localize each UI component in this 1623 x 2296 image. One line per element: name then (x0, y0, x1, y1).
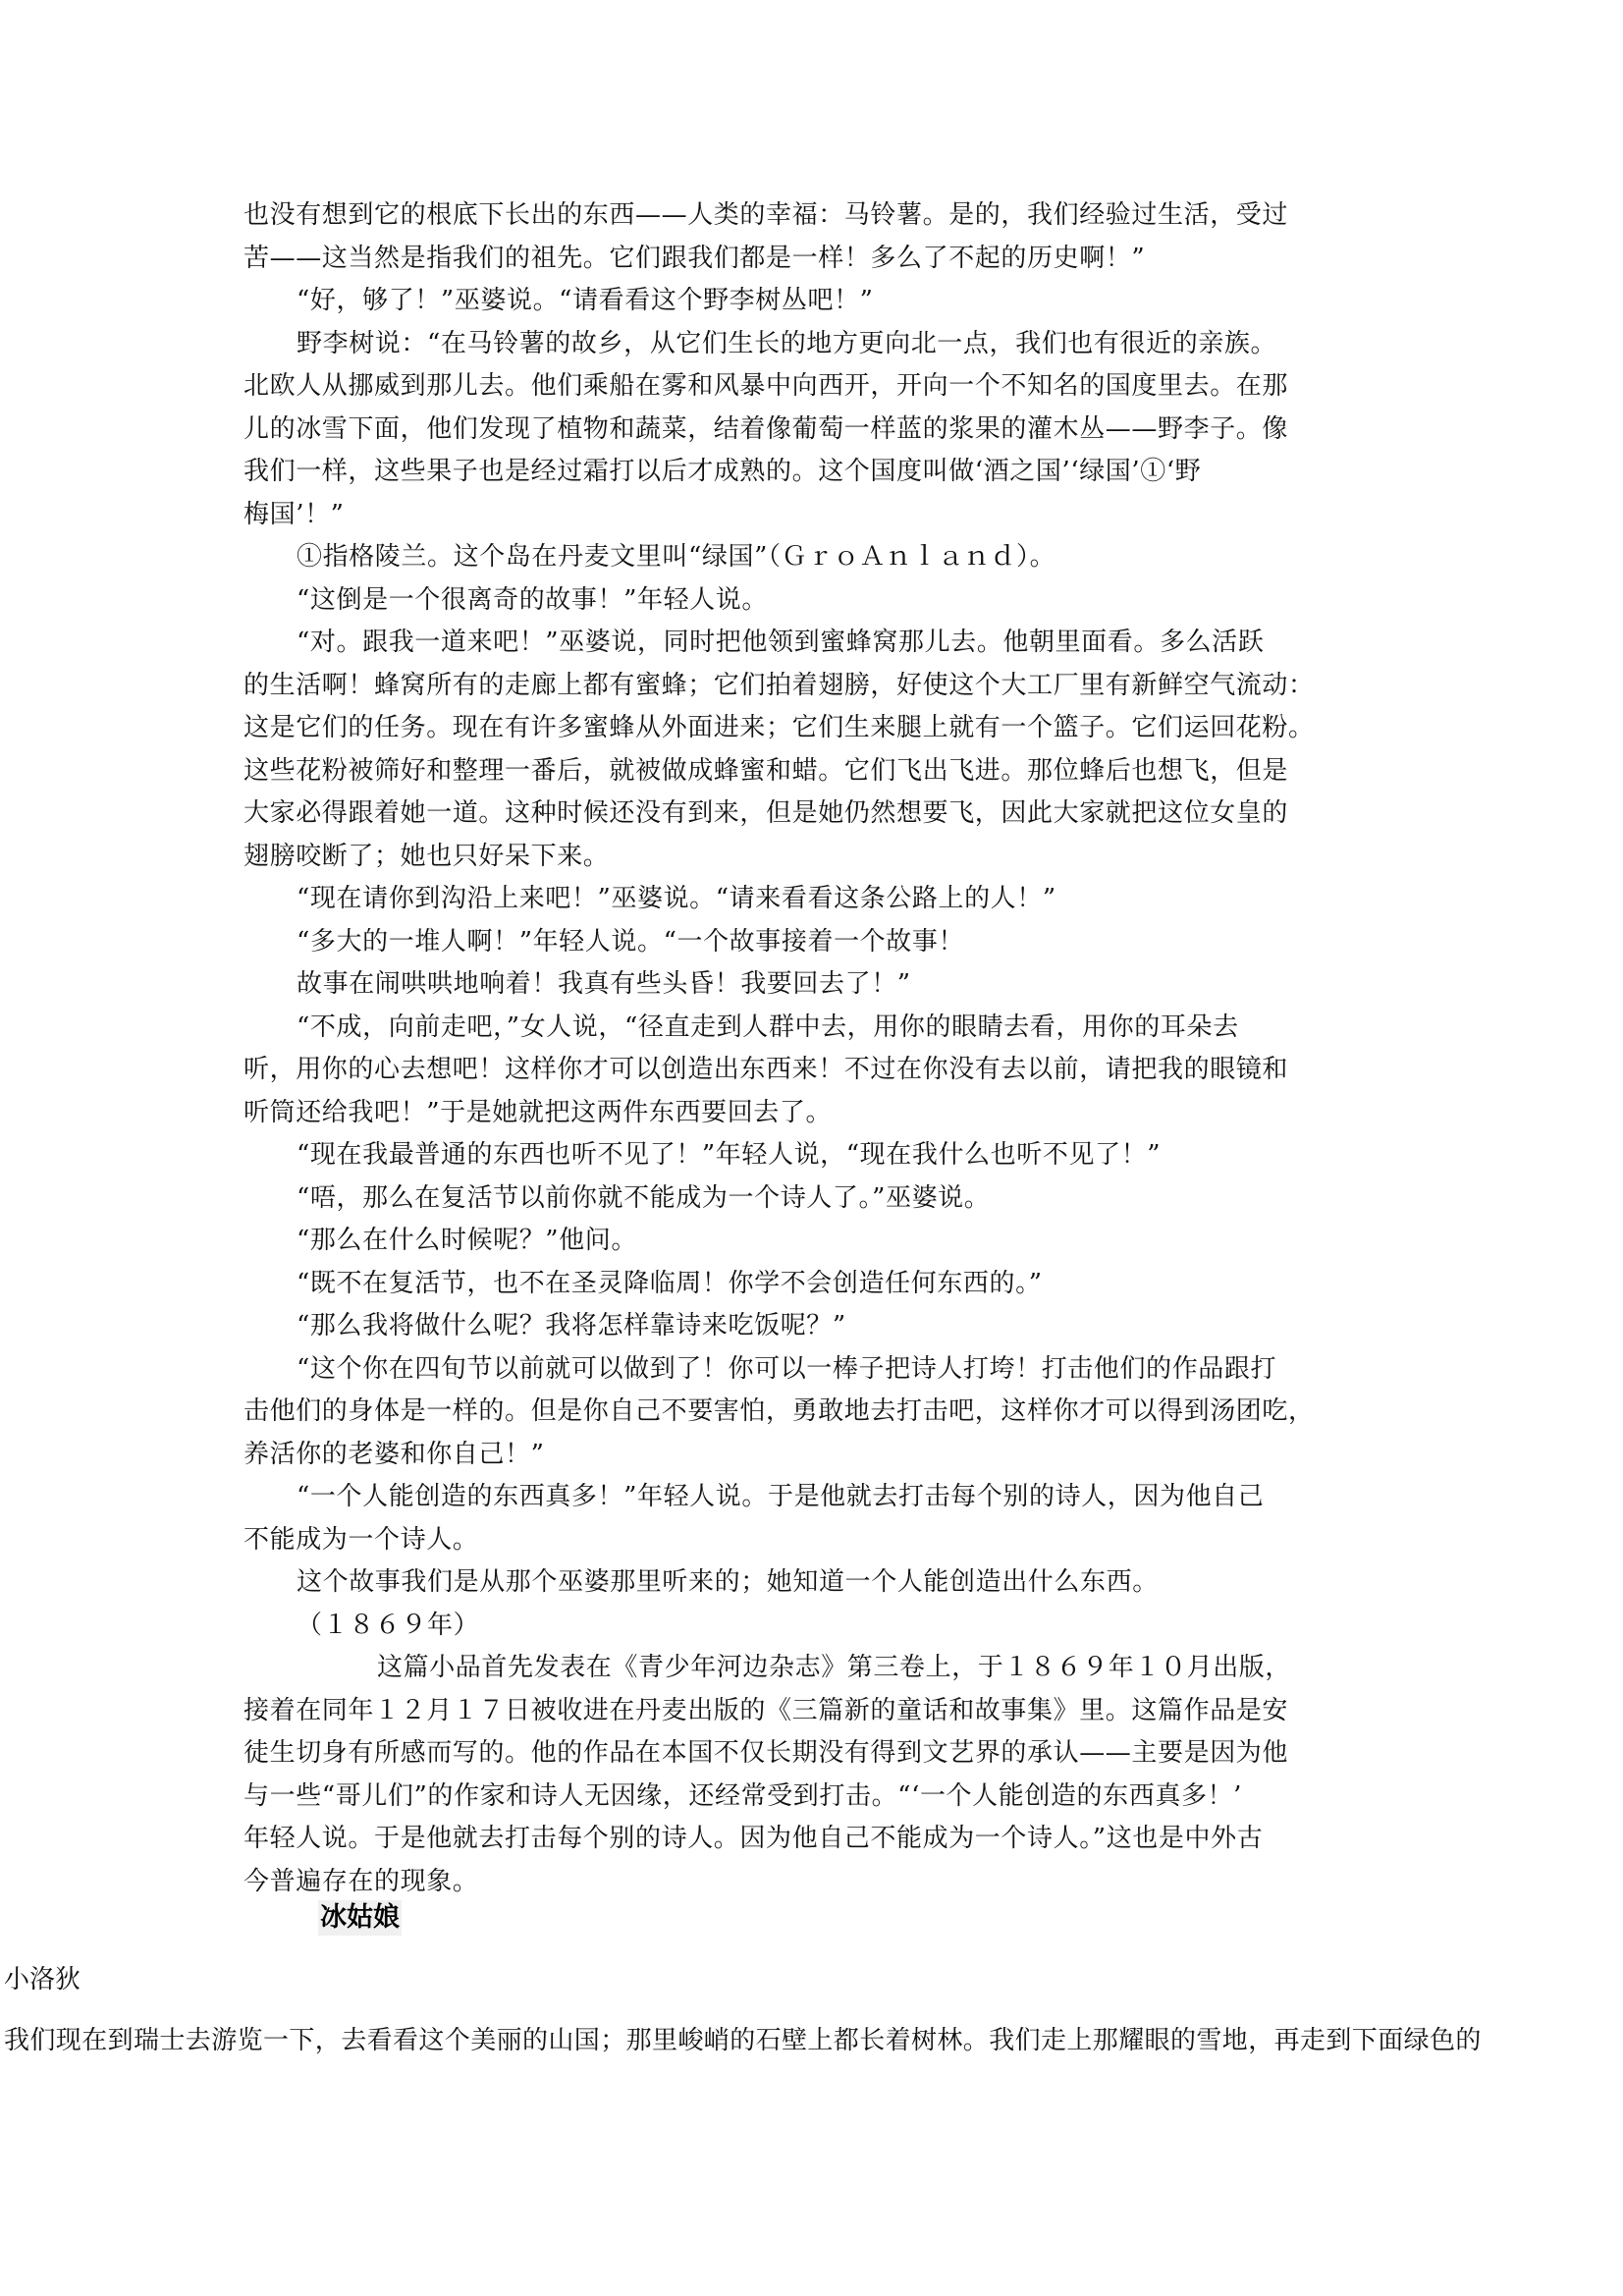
text-line: “这个你在四旬节以前就可以做到了！你可以一棒子把诗人打垮！打击他们的作品跟打 (243, 1348, 1382, 1392)
text-line: 听筒还给我吧！”于是她就把这两件东西要回去了。 (243, 1092, 1382, 1135)
text-line: “多大的一堆人啊！”年轻人说。“一个故事接着一个故事！ (243, 921, 1382, 964)
text-line: “不成，向前走吧，”女人说，“径直走到人群中去，用你的眼睛去看，用你的耳朵去 (243, 1007, 1382, 1050)
text-line: “好，够了！”巫婆说。“请看看这个野李树丛吧！” (243, 280, 1382, 323)
text-line: 野李树说：“在马铃薯的故乡，从它们生长的地方更向北一点，我们也有很近的亲族。 (243, 323, 1382, 366)
text-line: 故事在闹哄哄地响着！我真有些头昏！我要回去了！” (243, 963, 1382, 1007)
story-body: 也没有想到它的根底下长出的东西——人类的幸福：马铃薯。是的，我们经验过生活，受过… (243, 194, 1382, 1903)
text-line: 这些花粉被筛好和整理一番后，就被做成蜂蜜和蜡。它们飞出飞进。那位蜂后也想飞，但是 (243, 750, 1382, 793)
text-line: 接着在同年１２月１７日被收进在丹麦出版的《三篇新的童话和故事集》里。这篇作品是安 (243, 1690, 1382, 1733)
text-line: 也没有想到它的根底下长出的东西——人类的幸福：马铃薯。是的，我们经验过生活，受过 (243, 194, 1382, 238)
text-line: 这个故事我们是从那个巫婆那里听来的；她知道一个人能创造出什么东西。 (243, 1561, 1382, 1605)
text-line: “对。跟我一道来吧！”巫婆说，同时把他领到蜜蜂窝那儿去。他朝里面看。多么活跃 (243, 622, 1382, 665)
text-line: 大家必得跟着她一道。这种时候还没有到来，但是她仍然想要飞，因此大家就把这位女皇的 (243, 793, 1382, 836)
document-page: 也没有想到它的根底下长出的东西——人类的幸福：马铃薯。是的，我们经验过生活，受过… (0, 0, 1623, 2296)
text-line: “这倒是一个很离奇的故事！”年轻人说。 (243, 579, 1382, 623)
text-line: 今普遍存在的现象。 (243, 1861, 1382, 1904)
text-line: 与一些“哥儿们”的作家和诗人无因缘，还经常受到打击。“‘一个人能创造的东西真多！… (243, 1776, 1382, 1819)
text-line: 年轻人说。于是他就去打击每个别的诗人。因为他自己不能成为一个诗人。”这也是中外古 (243, 1818, 1382, 1861)
text-line: 听，用你的心去想吧！这样你才可以创造出东西来！不过在你没有去以前，请把我的眼镜和 (243, 1049, 1382, 1092)
text-line: 梅国’！” (243, 494, 1382, 537)
text-line: “现在请你到沟沿上来吧！”巫婆说。“请来看看这条公路上的人！” (243, 878, 1382, 921)
text-line: 击他们的身体是一样的。但是你自己不要害怕，勇敢地去打击吧，这样你才可以得到汤团吃… (243, 1391, 1382, 1434)
text-line: 翅膀咬断了；她也只好呆下来。 (243, 836, 1382, 879)
text-line: ①指格陵兰。这个岛在丹麦文里叫“绿国”（ＧｒｏＡｎｌａｎｄ）。 (243, 536, 1382, 579)
text-line: 徒生切身有所感而写的。他的作品在本国不仅长期没有得到文艺界的承认——主要是因为他 (243, 1732, 1382, 1776)
text-line: “那么我将做什么呢？我将怎样靠诗来吃饭呢？” (243, 1305, 1382, 1348)
text-line: 这是它们的任务。现在有许多蜜蜂从外面进来；它们生来腿上就有一个篮子。它们运回花粉… (243, 707, 1382, 750)
text-line: 我们一样，这些果子也是经过霜打以后才成熟的。这个国度叫做‘酒之国’‘绿国’①‘野 (243, 451, 1382, 494)
text-line: 不能成为一个诗人。 (243, 1519, 1382, 1562)
text-line: 北欧人从挪威到那儿去。他们乘船在雾和风暴中向西开，开向一个不知名的国度里去。在那 (243, 365, 1382, 409)
text-line: （１８６９年） (243, 1605, 1382, 1648)
story-title-wrap: 冰姑娘 (318, 1900, 402, 1936)
text-line: “现在我最普通的东西也听不见了！”年轻人说，“现在我什么也听不见了！” (243, 1134, 1382, 1177)
text-line: “唔，那么在复活节以前你就不能成为一个诗人了。”巫婆说。 (243, 1177, 1382, 1221)
text-line: 养活你的老婆和你自己！” (243, 1434, 1382, 1477)
text-line: “既不在复活节，也不在圣灵降临周！你学不会创造任何东西的。” (243, 1263, 1382, 1306)
text-line: 这篇小品首先发表在《青少年河边杂志》第三卷上，于１８６９年１０月出版， (243, 1647, 1382, 1690)
text-line: 苦——这当然是指我们的祖先。它们跟我们都是一样！多么了不起的历史啊！” (243, 238, 1382, 281)
chapter-heading: 小洛狄 (4, 1962, 81, 1997)
text-line: 儿的冰雪下面，他们发现了植物和蔬菜，结着像葡萄一样蓝的浆果的灌木丛——野李子。像 (243, 409, 1382, 452)
text-line: “一个人能创造的东西真多！”年轻人说。于是他就去打击每个别的诗人，因为他自己 (243, 1476, 1382, 1519)
story-first-line: 我们现在到瑞士去游览一下，去看看这个美丽的山国；那里峻峭的石壁上都长着树林。我们… (4, 2023, 1482, 2058)
text-line: “那么在什么时候呢？”他问。 (243, 1220, 1382, 1263)
text-line: 的生活啊！蜂窝所有的走廊上都有蜜蜂；它们拍着翅膀，好使这个大工厂里有新鲜空气流动… (243, 665, 1382, 708)
story-title: 冰姑娘 (318, 1900, 402, 1936)
